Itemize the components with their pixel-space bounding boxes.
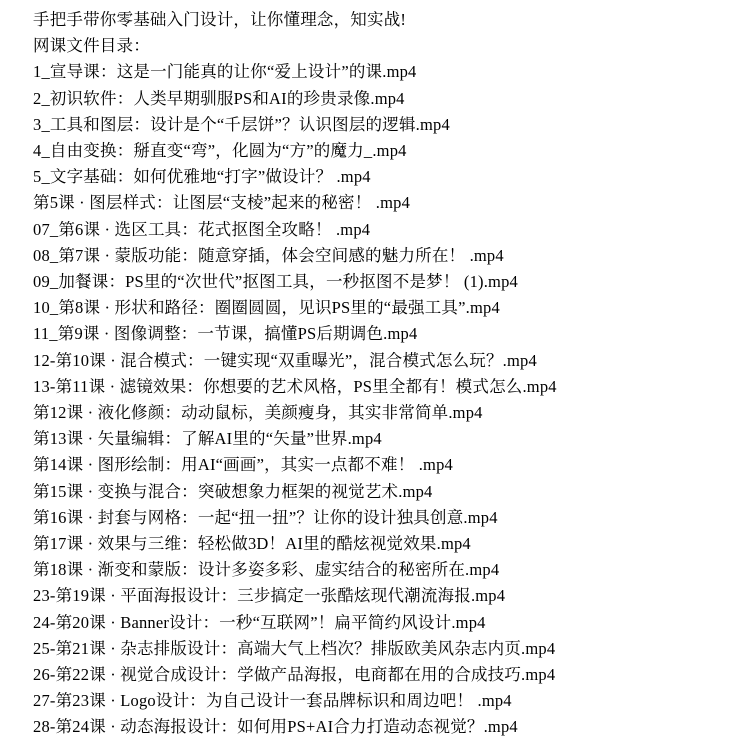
course-list-item: 第17课 · 效果与三维：轻松做3D！AI里的酷炫视觉效果.mp4	[33, 531, 740, 557]
course-list-item: 25-第21课 · 杂志排版设计：高端大气上档次？排版欧美风杂志内页.mp4	[33, 636, 740, 662]
course-list-item: 08_第7课 · 蒙版功能：随意穿插，体会空间感的魅力所在！ .mp4	[33, 243, 740, 269]
course-list-item: 10_第8课 · 形状和路径：圈圈圆圆，见识PS里的“最强工具”.mp4	[33, 295, 740, 321]
course-list-item: 第16课 · 封套与网格：一起“扭一扭”？让你的设计独具创意.mp4	[33, 505, 740, 531]
course-list-item: 09_加餐课：PS里的“次世代”抠图工具，一秒抠图不是梦！ (1).mp4	[33, 269, 740, 295]
page-title: 手把手带你零基础入门设计，让你懂理念，知实战!	[33, 7, 740, 33]
course-list-item: 11_第9课 · 图像调整：一节课，搞懂PS后期调色.mp4	[33, 321, 740, 347]
course-list-item: 26-第22课 · 视觉合成设计：学做产品海报，电商都在用的合成技巧.mp4	[33, 662, 740, 688]
course-list-item: 第12课 · 液化修颜：动动鼠标，美颜瘦身，其实非常简单.mp4	[33, 400, 740, 426]
course-list-item: 第15课 · 变换与混合：突破想象力框架的视觉艺术.mp4	[33, 479, 740, 505]
course-list-item: 28-第24课 · 动态海报设计：如何用PS+AI合力打造动态视觉？.mp4	[33, 714, 740, 740]
course-list-item: 07_第6课 · 选区工具：花式抠图全攻略！ .mp4	[33, 217, 740, 243]
course-list-item: 24-第20课 · Banner设计：一秒“互联网”！扁平简约风设计.mp4	[33, 610, 740, 636]
course-list-item: 5_文字基础：如何优雅地“打字”做设计？ .mp4	[33, 164, 740, 190]
course-list-item: 23-第19课 · 平面海报设计：三步搞定一张酷炫现代潮流海报.mp4	[33, 583, 740, 609]
course-list-item: 1_宣导课：这是一门能真的让你“爱上设计”的课.mp4	[33, 59, 740, 85]
course-list-item: 2_初识软件：人类早期驯服PS和AI的珍贵录像.mp4	[33, 86, 740, 112]
course-list-item: 3_工具和图层：设计是个“千层饼”？认识图层的逻辑.mp4	[33, 112, 740, 138]
course-list-item: 12-第10课 · 混合模式：一键实现“双重曝光”，混合模式怎么玩？.mp4	[33, 348, 740, 374]
course-list-item: 第18课 · 渐变和蒙版：设计多姿多彩、虚实结合的秘密所在.mp4	[33, 557, 740, 583]
course-directory-document: 手把手带你零基础入门设计，让你懂理念，知实战! 网课文件目录： 1_宣导课：这是…	[0, 0, 750, 741]
directory-heading: 网课文件目录：	[33, 33, 740, 59]
course-list-item: 4_自由变换：掰直变“弯”，化圆为“方”的魔力_.mp4	[33, 138, 740, 164]
course-list-item: 第5课 · 图层样式：让图层“支棱”起来的秘密！ .mp4	[33, 190, 740, 216]
course-list-item: 13-第11课 · 滤镜效果：你想要的艺术风格，PS里全都有！模式怎么.mp4	[33, 374, 740, 400]
course-list-item: 第14课 · 图形绘制：用AI“画画”，其实一点都不难！ .mp4	[33, 452, 740, 478]
course-list-item: 第13课 · 矢量编辑：了解AI里的“矢量”世界.mp4	[33, 426, 740, 452]
course-list-item: 27-第23课 · Logo设计：为自己设计一套品牌标识和周边吧！ .mp4	[33, 688, 740, 714]
